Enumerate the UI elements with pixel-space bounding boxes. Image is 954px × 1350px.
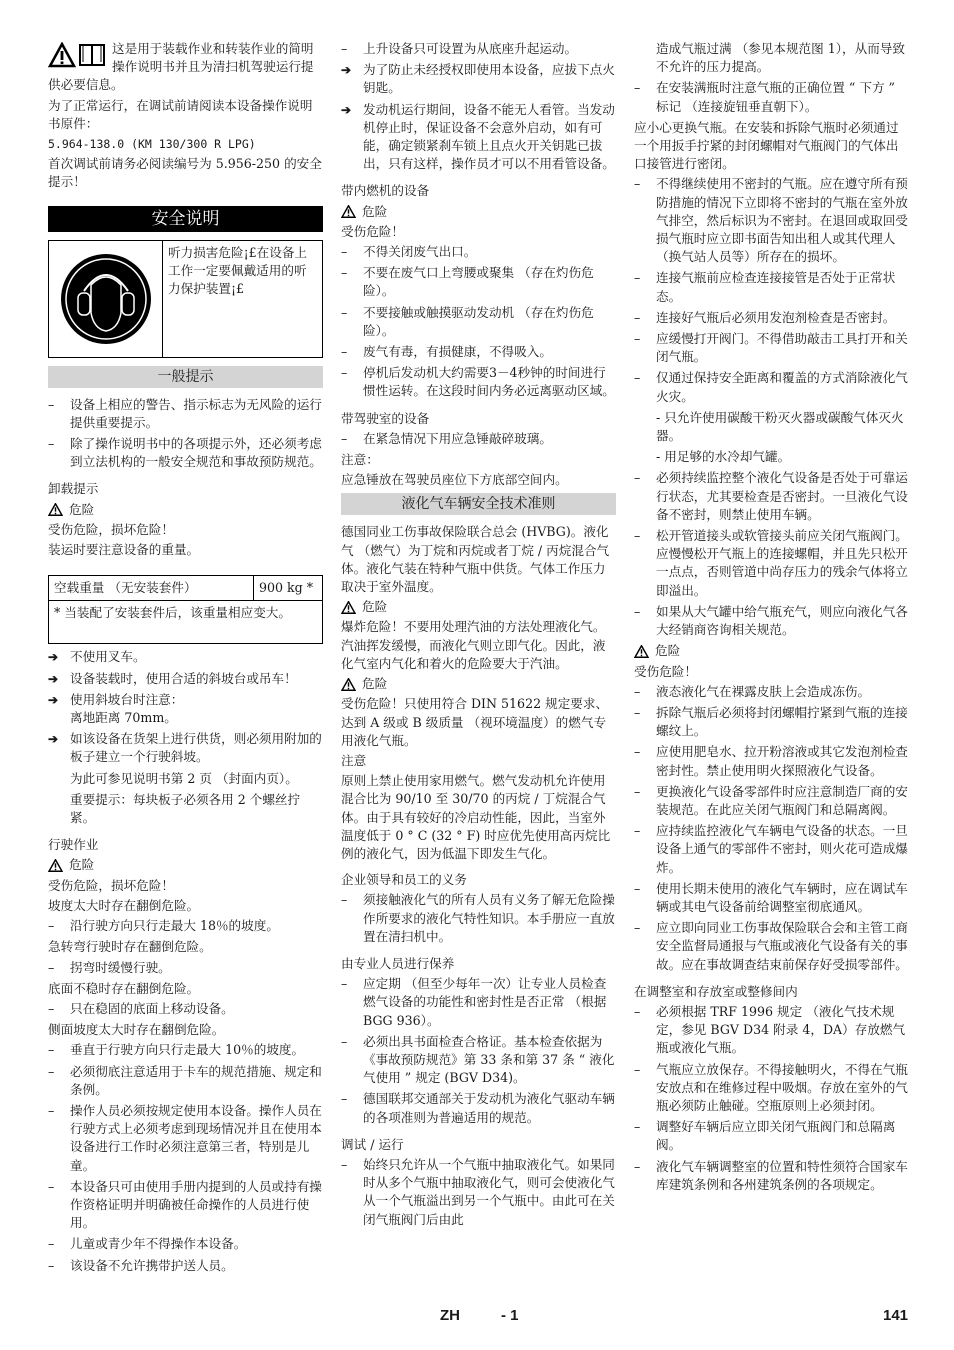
see-page-note: 为此可参见说明书第 2 页 （封面内页）。 (48, 770, 323, 788)
instruction-arrow: 设备装载时，使用合适的斜坡台或吊车！ (48, 670, 323, 688)
fire-sub-item: - 只允许使用碳酸干粉灭火器或碳酸气体灭火器。 (634, 409, 909, 445)
lpg-item: 应立即向同业工伤事故保险联合会和主管工商安全监督局通报与气瓶或液化气设备有关的事… (634, 919, 909, 974)
note-label: 注意： (341, 451, 616, 469)
driving-title: 行驶作业 (48, 836, 323, 854)
section-title-lpg: 液化气车辆安全技术准则 (341, 493, 616, 515)
ear-protection-icon (58, 251, 154, 347)
maintenance-item: 德国联邦交通部关于发动机为液化气驱动车辆的各项准则为普遍适用的规范。 (341, 1090, 616, 1126)
continued-text: 造成气瓶过满 （参见本规范图 1），从而导致不允许的压力提高。 (634, 40, 909, 76)
lpg-intro: 德国同业工伤事故保险联合总会 (HVBG)。液化气 （燃气）为丁烷和丙烷或者丁烷… (341, 523, 616, 596)
danger-label: 危险 (341, 598, 616, 616)
cylinder-item: 如果从大气罐中给气瓶充气，则应向液化气各大经销商咨询相关规范。 (634, 603, 909, 639)
footer-section: - 1 (501, 1307, 519, 1325)
storage-item: 调整好车辆后应立即关闭气瓶阀门和总隔离阀。 (634, 1118, 909, 1154)
instruction-arrow: 为了防止未经授权即使用本设备，应拔下点火钥匙。 (341, 61, 616, 97)
side-item: 操作人员必须按规定使用本设备。操作人员在行驶方式上必须考虑到现场情况并且在使用本… (48, 1102, 323, 1175)
footer-page-number: 141 (883, 1307, 908, 1325)
cylinder-item: 仅通过保持安全距离和覆盖的方式消除液化气火灾。 (634, 369, 909, 405)
turn-item: 拐弯时缓慢行驶。 (48, 959, 323, 977)
combustion-item: 不要接触或触摸驱动发动机 （存在灼伤危险）。 (341, 304, 616, 340)
note2-label: 注意 (341, 752, 616, 770)
danger-text: 危险 (362, 598, 387, 616)
unload-note: 装运时要注意设备的重量。 (48, 541, 323, 559)
storage-item: 气瓶应立放保存。不得接触明火，不得在气瓶安放点和在维修过程中吸烟。存放在室外的气… (634, 1061, 909, 1116)
side-item: 儿童或青少年不得操作本设备。 (48, 1235, 323, 1253)
combustion-item: 不要在废气口上弯腰或聚集 （存在灼伤危险）。 (341, 264, 616, 300)
section-title-general: 一般提示 (48, 366, 323, 388)
side-risk: 侧面坡度太大时存在翻倒危险。 (48, 1021, 323, 1039)
slope-risk: 坡度太大时存在翻倒危险。 (48, 897, 323, 915)
danger-detail: 受伤危险！ (634, 663, 909, 681)
storage-title: 在调整室和存放室或整修间内 (634, 983, 909, 1001)
warning-triangle-icon (341, 601, 356, 614)
general-item: 除了操作说明书中的各项提示外，还必须考虑到立法机构的一般安全规范和事故预防规范。 (48, 435, 323, 471)
lpg-item: 更换液化气设备零部件时应注意制造厂商的安装规范。在此应关闭气瓶阀门和总隔离阀。 (634, 783, 909, 819)
hearing-protection-image (49, 241, 163, 357)
instruction-arrow: 不使用叉车。 (48, 648, 323, 666)
combustion-title: 带内燃机的设备 (341, 182, 616, 200)
column-right: 造成气瓶过满 （参见本规范图 1），从而导致不允许的压力提高。 在安装满瓶时注意… (634, 40, 909, 1197)
slope-item: 沿行驶方向只行走最大 18％的坡度。 (48, 917, 323, 935)
side-item: 该设备不允许携带护送人员。 (48, 1257, 323, 1275)
weight-label: 空载重量 （无安装套件） (49, 576, 254, 601)
warning-triangle-icon (341, 678, 356, 691)
ground-risk: 底面不稳时存在翻倒危险。 (48, 980, 323, 998)
cylinder-item: 不得继续使用不密封的气瓶。应在遵守所有预防措施的情况下立即将不密封的气瓶在室外放… (634, 175, 909, 266)
danger-text: 危险 (655, 642, 680, 660)
side-item: 必须彻底注意适用于卡车的规范措施、规定和条例。 (48, 1063, 323, 1099)
combustion-item: 不得关闭废气出口。 (341, 243, 616, 261)
cylinder-item: 连接好气瓶后必须用发泡剂检查是否密封。 (634, 309, 909, 327)
warning-triangle-icon (634, 645, 649, 658)
driving-danger: 受伤危险，损坏危险！ (48, 877, 323, 895)
warning-triangle-icon (48, 859, 63, 872)
unload-title: 卸载提示 (48, 480, 323, 498)
danger-label: 危险 (341, 203, 616, 221)
column-middle: 上升设备只可设置为从底座升起运动。 为了防止未经授权即使用本设备，应拔下点火钥匙… (341, 40, 616, 1232)
danger-text: 危险 (362, 675, 387, 693)
danger-label: 危险 (48, 501, 323, 519)
lift-item: 上升设备只可设置为从底座升起运动。 (341, 40, 616, 58)
lpg-item: 液态液化气在裸露皮肤上会造成冻伤。 (634, 683, 909, 701)
ground-item: 只在稳固的底面上移动设备。 (48, 1000, 323, 1018)
original-manual-number: 5.964-138.0 (KM 130/300 R LPG) (48, 135, 323, 153)
warning-triangle-icon (48, 503, 63, 516)
footer-language: ZH (440, 1307, 460, 1325)
cab-title: 带驾驶室的设备 (341, 410, 616, 428)
cylinder-item: 必须持续监控整个液化气设备是否处于可靠运行状态，尤其要检查是否密封。一旦液化气设… (634, 469, 909, 524)
hearing-protection-text: 听力损害危险¡£在设备上工作一定要佩戴适用的听力保护装置¡£ (163, 241, 322, 357)
operation-item: 始终只允许从一个气瓶中抽取液化气。如果同时从多个气瓶中抽取液化气，则可会使液化气… (341, 1156, 616, 1229)
weight-value: 900 kg * (254, 576, 323, 601)
side-item: 本设备只可由使用手册内提到的人员或持有操作资格证明并明确被任命操作的人员进行使用… (48, 1178, 323, 1233)
hearing-protection-box: 听力损害危险¡£在设备上工作一定要佩戴适用的听力保护装置¡£ (48, 240, 323, 358)
duty-item: 须接触液化气的所有人员有义务了解无危险操作所要求的液化气特性知识。本手册应一直放… (341, 891, 616, 946)
important-note: 重要提示：每块板子必须各用 2 个螺丝拧紧。 (48, 791, 323, 827)
weight-table: 空载重量 （无安装套件） 900 kg * * 当装配了安装套件后，该重量相应变… (48, 575, 323, 644)
danger-text: 危险 (69, 856, 94, 874)
explosion-text: 爆炸危险！不要用处理汽油的方法处理液化气。汽油挥发缓慢，而液化气则立即气化。因此… (341, 618, 616, 673)
weight-footnote: * 当装配了安装套件后，该重量相应变大。 (49, 601, 323, 644)
instruction-arrow: 如该设备在货架上进行供货，则必须用附加的板子建立一个行驶斜坡。 (48, 730, 323, 766)
combustion-item: 废气有毒，有损健康，不得吸入。 (341, 343, 616, 361)
cylinder-item: 应缓慢打开阀门。不得借助敲击工具打开和关闭气瓶。 (634, 330, 909, 366)
section-title-safety: 安全说明 (48, 206, 323, 232)
maintenance-item: 应定期 （但至少每年一次）让专业人员检查燃气设备的功能性和密封性是否正常 （根据… (341, 975, 616, 1030)
manual-book-icon (78, 42, 106, 68)
ramp-clearance: 离地距离 70mm。 (48, 709, 323, 727)
turn-risk: 急转弯行驶时存在翻倒危险。 (48, 938, 323, 956)
operation-title: 调试 / 运行 (341, 1136, 616, 1154)
unload-danger: 受伤危险，损坏危险！ (48, 521, 323, 539)
maintenance-title: 由专业人员进行保养 (341, 955, 616, 973)
danger-text: 危险 (69, 501, 94, 519)
storage-item: 液化气车辆调整室的位置和特性须符合国家车库建筑条例和各州建筑条例的各项规定。 (634, 1158, 909, 1194)
combustion-danger: 受伤危险！ (341, 223, 616, 241)
note-text: 应急锤放在驾驶员座位下方底部空间内。 (341, 471, 616, 489)
lpg-item: 应使用肥皂水、拉开粉溶液或其它发泡剂检查密封性。禁止使用明火探照液化气设备。 (634, 743, 909, 779)
intro-block: 这是用于装载作业和转装作业的简明操作说明书并且为清扫机驾驶运行提供必要信息。 为… (48, 40, 323, 192)
lpg-item: 拆除气瓶后必须将封闭螺帽拧紧到气瓶的连接螺纹上。 (634, 704, 909, 740)
general-item: 设备上相应的警告、指示标志为无风险的运行提供重要提示。 (48, 396, 323, 432)
lpg-item: 使用长期未使用的液化气车辆时，应在调试车辆或其电气设备前给调整室彻底通风。 (634, 880, 909, 916)
intro-icons (48, 42, 108, 72)
lpg-item: 应持续监控液化气车辆电气设备的状态。一旦设备上通气的零部件不密封，则火花可造成爆… (634, 822, 909, 877)
safety-reference: 首次调试前请务必阅读编号为 5.956-250 的安全提示！ (48, 155, 323, 191)
danger-text: 危险 (362, 203, 387, 221)
warning-triangle-icon (341, 205, 356, 218)
duty-title: 企业领导和员工的义务 (341, 871, 616, 889)
instruction-arrow: 使用斜坡台时注意： (48, 691, 323, 709)
danger-label: 危险 (341, 675, 616, 693)
column-left: 这是用于装载作业和转装作业的简明操作说明书并且为清扫机驾驶运行提供必要信息。 为… (48, 40, 323, 1278)
maintenance-item: 必须出具书面检查合格证。基本检查依据为 《事故预防规范》第 33 条和第 37 … (341, 1033, 616, 1088)
danger-label: 危险 (48, 856, 323, 874)
fire-sub-item: - 用足够的水冷却气罐。 (634, 448, 909, 466)
cylinder-item: 松开管道接头或软管接头前应关闭气瓶阀门。应慢慢松开气瓶上的连接螺帽，并且先只松开… (634, 527, 909, 600)
replace-text: 应小心更换气瓶。在安装和拆除气瓶时必须通过一个用扳手拧紧的封闭螺帽对气瓶阀门的气… (634, 119, 909, 174)
danger-label: 危险 (634, 642, 909, 660)
read-first-text: 为了正常运行，在调试前请阅读本设备操作说明书原件： (48, 97, 323, 133)
storage-item: 必须根据 TRF 1996 规定 （液化气技术规定，参见 BGV D34 附录 … (634, 1003, 909, 1058)
warning-triangle-icon (48, 42, 76, 68)
cab-item: 在紧急情况下用应急锤敲碎玻璃。 (341, 430, 616, 448)
injury-text: 受伤危险！只使用符合 DIN 51622 规定要求、达到 A 级或 B 级质量 … (341, 695, 616, 750)
note2-text: 原则上禁止使用家用燃气。燃气发动机允许使用混合比为 90/10 至 30/70 … (341, 772, 616, 863)
combustion-item: 停机后发动机大约需要3－4秒钟的时间进行惯性运转。在这段时间内务必远离驱动区域。 (341, 364, 616, 400)
instruction-arrow: 发动机运行期间，设备不能无人看管。当发动机停止时，保证设备不会意外启动，如有可能… (341, 101, 616, 174)
install-item: 在安装满瓶时注意气瓶的正确位置 “ 下方 ” 标记 （连接旋钮垂直朝下）。 (634, 79, 909, 115)
side-item: 垂直于行驶方向只行走最大 10％的坡度。 (48, 1041, 323, 1059)
cylinder-item: 连接气瓶前应检查连接接管是否处于正常状态。 (634, 269, 909, 305)
